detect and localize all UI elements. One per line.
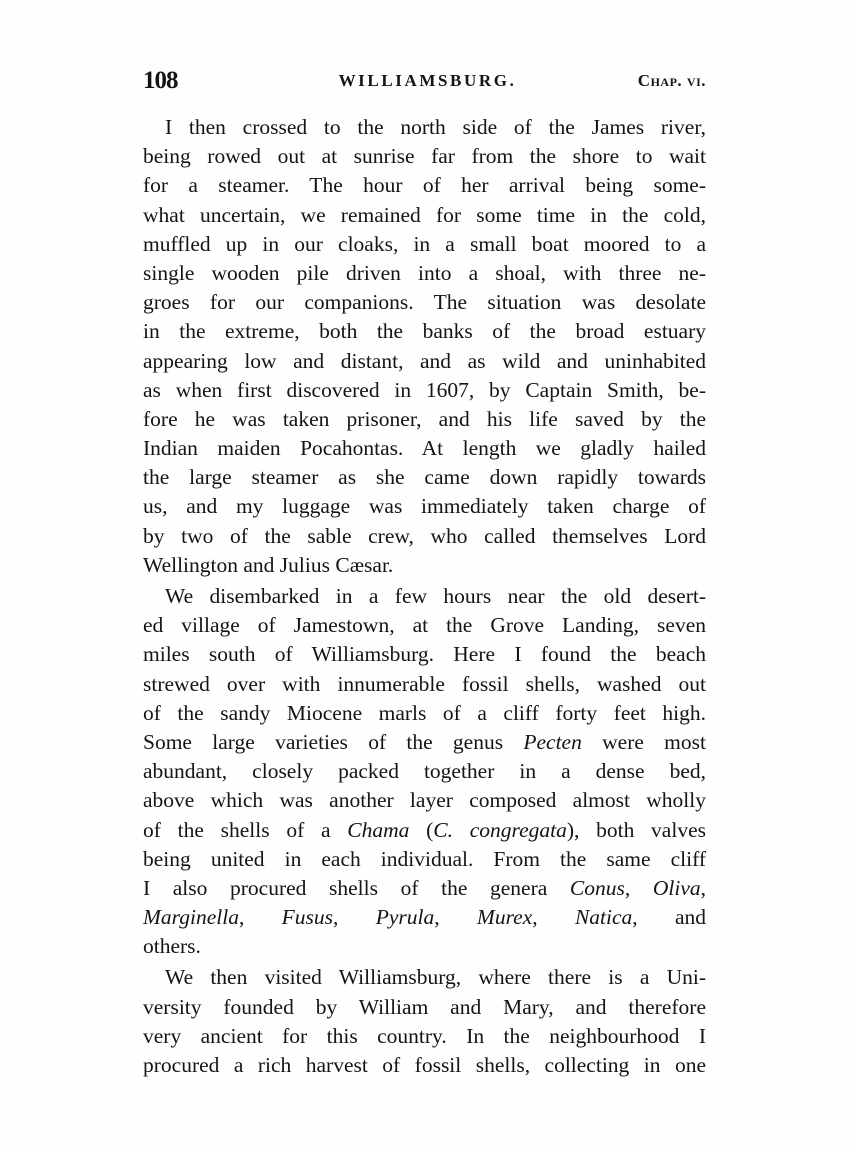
text-line: muffled up in our cloaks, in a small boa… bbox=[143, 230, 706, 259]
text-run: , and bbox=[632, 905, 706, 929]
genus-oliva: Oliva bbox=[653, 876, 701, 900]
text-run: , bbox=[701, 876, 706, 900]
genus-natica: Natica bbox=[575, 905, 632, 929]
text-line: being rowed out at sunrise far from the … bbox=[143, 142, 706, 171]
text-line: We then visited Williamsburg, where ther… bbox=[143, 963, 706, 992]
book-page: 108 WILLIAMSBURG. Chap. vi. I then cross… bbox=[0, 0, 850, 1150]
genus-marginella: Marginella bbox=[143, 905, 239, 929]
species-congregata: C. congregata bbox=[433, 818, 567, 842]
running-title: WILLIAMSBURG. bbox=[143, 70, 706, 92]
text-line: in the extreme, both the banks of the br… bbox=[143, 317, 706, 346]
text-run: ), both valves bbox=[567, 818, 706, 842]
text-line: versity founded by William and Mary, and… bbox=[143, 993, 706, 1022]
text-line: Indian maiden Pocahontas. At length we g… bbox=[143, 434, 706, 463]
genus-conus: Conus bbox=[570, 876, 625, 900]
text-line: appearing low and distant, and as wild a… bbox=[143, 347, 706, 376]
text-run: ( bbox=[409, 818, 433, 842]
text-line: I then crossed to the north side of the … bbox=[143, 113, 706, 142]
text-line: groes for our companions. The situation … bbox=[143, 288, 706, 317]
text-line: by two of the sable crew, who called the… bbox=[143, 522, 706, 551]
text-line: being united in each individual. From th… bbox=[143, 845, 706, 874]
text-line: above which was another layer composed a… bbox=[143, 786, 706, 815]
text-line: ed village of Jamestown, at the Grove La… bbox=[143, 611, 706, 640]
paragraph-1: I then crossed to the north side of the … bbox=[143, 113, 706, 580]
text-line: fore he was taken prisoner, and his life… bbox=[143, 405, 706, 434]
text-run: , bbox=[333, 905, 376, 929]
text-run: I also procured shells of the genera bbox=[143, 876, 570, 900]
body-text: I then crossed to the north side of the … bbox=[143, 113, 706, 1080]
text-line: us, and my luggage was immediately taken… bbox=[143, 492, 706, 521]
text-run: were most bbox=[582, 730, 706, 754]
text-line-pecten: Some large varieties of the genus Pecten… bbox=[143, 728, 706, 757]
text-line: miles south of Williamsburg. Here I foun… bbox=[143, 640, 706, 669]
text-line: the large steamer as she came down rapid… bbox=[143, 463, 706, 492]
text-line-chama: of the shells of a Chama (C. congregata)… bbox=[143, 816, 706, 845]
text-line: We disembarked in a few hours near the o… bbox=[143, 582, 706, 611]
text-run: , bbox=[239, 905, 282, 929]
text-line: others. bbox=[143, 932, 706, 961]
text-line: single wooden pile driven into a shoal, … bbox=[143, 259, 706, 288]
genus-fusus: Fusus bbox=[282, 905, 333, 929]
text-run: , bbox=[625, 876, 653, 900]
text-run: of the shells of a bbox=[143, 818, 347, 842]
paragraph-2: We disembarked in a few hours near the o… bbox=[143, 582, 706, 961]
text-line: very ancient for this country. In the ne… bbox=[143, 1022, 706, 1051]
chapter-label: Chap. vi. bbox=[638, 70, 706, 92]
text-line: for a steamer. The hour of her arrival b… bbox=[143, 171, 706, 200]
text-line-genera-2: Marginella, Fusus, Pyrula, Murex, Natica… bbox=[143, 903, 706, 932]
text-line: of the sandy Miocene marls of a cliff fo… bbox=[143, 699, 706, 728]
running-head: 108 WILLIAMSBURG. Chap. vi. bbox=[143, 66, 706, 96]
text-run: Some large varieties of the genus bbox=[143, 730, 523, 754]
text-line: strewed over with innumerable fossil she… bbox=[143, 670, 706, 699]
text-line: abundant, closely packed together in a d… bbox=[143, 757, 706, 786]
text-line: what uncertain, we remained for some tim… bbox=[143, 201, 706, 230]
genus-pyrula: Pyrula bbox=[376, 905, 435, 929]
text-run: , bbox=[532, 905, 575, 929]
text-line: procured a rich harvest of fossil shells… bbox=[143, 1051, 706, 1080]
text-line-genera: I also procured shells of the genera Con… bbox=[143, 874, 706, 903]
genus-pecten: Pecten bbox=[523, 730, 582, 754]
text-line: as when first discovered in 1607, by Cap… bbox=[143, 376, 706, 405]
text-run: , bbox=[434, 905, 477, 929]
text-line: Wellington and Julius Cæsar. bbox=[143, 551, 706, 580]
paragraph-3: We then visited Williamsburg, where ther… bbox=[143, 963, 706, 1080]
genus-chama: Chama bbox=[347, 818, 409, 842]
genus-murex: Murex bbox=[477, 905, 532, 929]
